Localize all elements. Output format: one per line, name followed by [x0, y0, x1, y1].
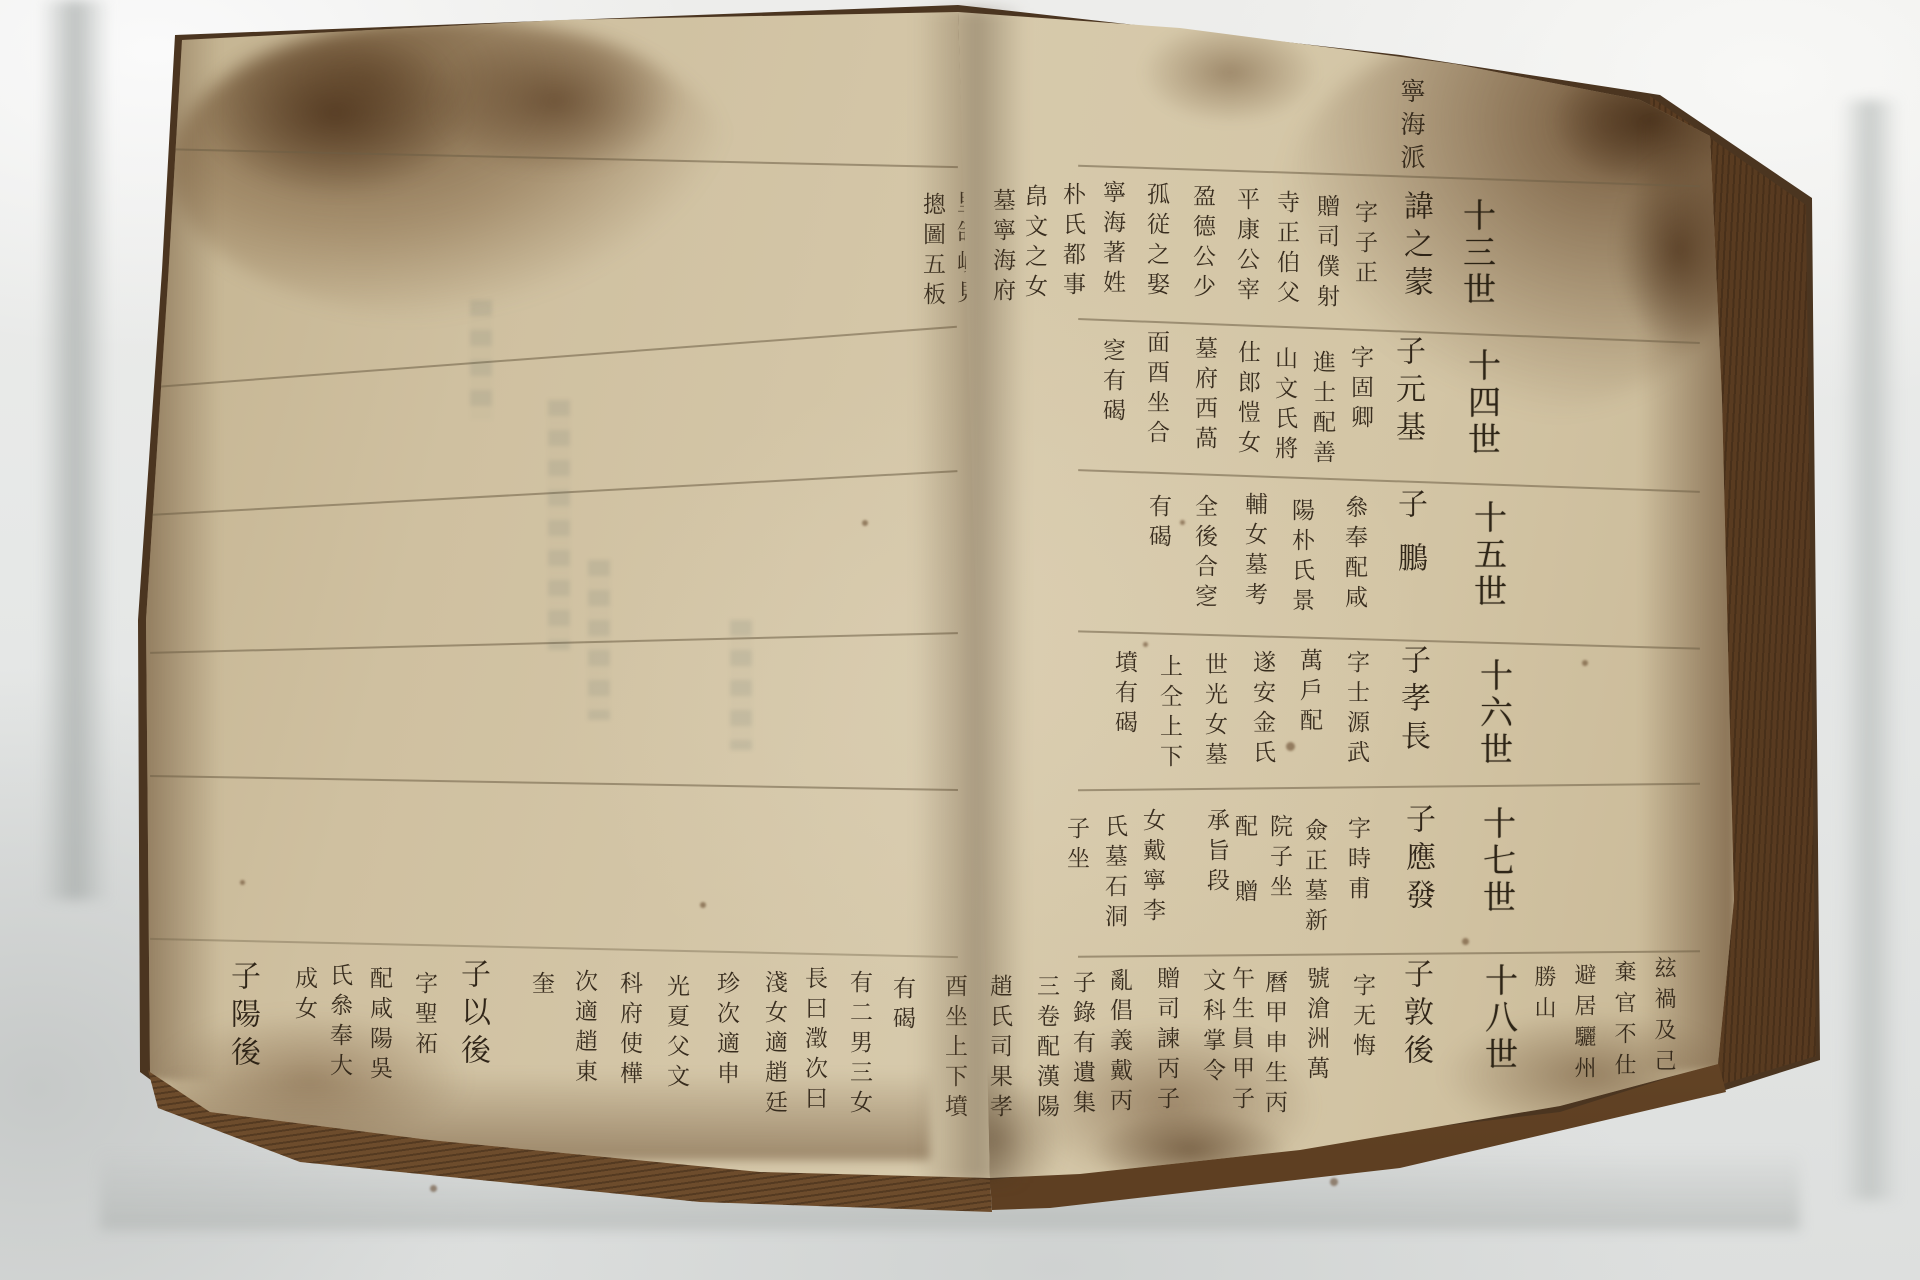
text-column: 女戴寧李	[1136, 808, 1169, 928]
text-column: 字子正	[1348, 200, 1381, 290]
speck	[1143, 642, 1148, 647]
text-column: 平康公宰	[1230, 187, 1263, 307]
entry-name-column: 子敦後	[1393, 958, 1437, 1072]
stain	[430, 26, 680, 176]
entry-name-column: 子孝長	[1390, 644, 1434, 758]
text-column: 贈司僕射	[1310, 194, 1343, 314]
text-column: 墓府西萵	[1188, 336, 1221, 456]
text-column: 文科掌令	[1196, 968, 1229, 1088]
text-column: 院子坐	[1263, 814, 1296, 904]
ink-bleedthrough	[730, 620, 752, 750]
text-column: 子坐	[1060, 816, 1093, 876]
speck	[862, 520, 868, 526]
side-note-column: 避居驪州	[1568, 963, 1599, 1087]
text-column: 面酉坐合	[1140, 330, 1173, 450]
text-column: 曆甲申生丙	[1258, 970, 1291, 1120]
entry-name-column: 子以後	[450, 958, 494, 1072]
text-column: 盈德公少	[1186, 184, 1219, 304]
text-column: 仕郎愷女	[1231, 340, 1264, 460]
photo-of-genealogy-book: 里鴿峴見 摠圖五板 酉坐上下墳 有碣 有二男三女 長曰澂次曰 淺女適趙廷 珍次適…	[0, 0, 1920, 1280]
speck	[1180, 520, 1185, 525]
ink-bleedthrough	[588, 560, 610, 720]
text-column: 孤従之娶	[1140, 182, 1173, 302]
generation-label: 十四世	[1459, 348, 1506, 459]
ink-bleedthrough	[548, 400, 570, 650]
text-column: 叅奉配咸	[1338, 495, 1371, 615]
text-column: 次適趙東	[568, 969, 601, 1089]
rule-line	[1078, 950, 1700, 957]
text-column: 科府使樺	[613, 971, 646, 1091]
text-column: 萬戶配	[1293, 648, 1326, 738]
entry-name-column: 子元基	[1385, 335, 1429, 449]
speck	[700, 902, 706, 908]
text-column: 號滄洲萬	[1300, 966, 1333, 1086]
rule-line	[1078, 783, 1700, 792]
entry-name-column: 子陽後	[220, 960, 264, 1074]
side-note-column: 棄官不仕	[1608, 960, 1639, 1084]
text-column: 寧海著姓	[1096, 180, 1129, 300]
side-note-column: 勝山	[1528, 965, 1559, 1027]
stain	[170, 18, 730, 318]
stain	[1140, 20, 1320, 125]
speck	[1462, 938, 1469, 945]
text-column: 字士源武	[1340, 650, 1373, 770]
speck	[1330, 1178, 1338, 1186]
entry-name-column: 諱之蒙	[1393, 190, 1437, 304]
text-column: 成女	[288, 966, 321, 1026]
text-column: 淺女適趙廷	[758, 970, 791, 1120]
stain	[200, 28, 470, 198]
text-column: 山文氏將	[1268, 346, 1301, 466]
speck	[1582, 660, 1588, 666]
text-column: 僉正墓新	[1298, 818, 1331, 938]
branch-label: 寧海派	[1393, 78, 1429, 177]
text-column: 進士配善	[1306, 350, 1339, 470]
cloth-fold	[1840, 100, 1900, 1200]
text-column: 配咸陽吳	[363, 966, 396, 1086]
text-column: 陽朴氏景	[1285, 498, 1318, 618]
generation-label: 十八世	[1476, 963, 1523, 1074]
text-column: 奎	[525, 971, 558, 1001]
rule-line	[150, 938, 958, 958]
side-note-column: 玆禍及己	[1648, 956, 1679, 1080]
ink-bleedthrough	[470, 300, 492, 420]
text-column: 朴氏都事	[1056, 182, 1089, 302]
text-column: 亂倡義戴丙	[1103, 968, 1136, 1118]
text-column: 字无悔	[1346, 973, 1379, 1063]
rule-line	[150, 775, 958, 791]
rule-line	[151, 326, 957, 389]
generation-label: 十七世	[1474, 806, 1521, 917]
text-column: 氏墓石洞	[1098, 814, 1131, 934]
text-column: 字聖祏	[408, 971, 441, 1061]
text-column: 世光女墓	[1198, 652, 1231, 772]
text-column: 窆有碣	[1096, 338, 1129, 428]
rule-line	[150, 148, 958, 168]
text-column: 承旨段	[1200, 808, 1233, 898]
text-column: 上仝上下	[1153, 654, 1186, 774]
text-column: 遂安金氏	[1246, 650, 1279, 770]
speck	[430, 1185, 437, 1192]
text-column: 墳有碣	[1108, 650, 1141, 740]
stain	[140, 30, 220, 1080]
entry-name-column: 子應發	[1395, 803, 1439, 917]
text-column: 午生員甲子	[1225, 966, 1258, 1116]
cloth-fold	[40, 0, 110, 900]
speck	[240, 880, 245, 885]
entry-name-column: 子鵬	[1387, 488, 1431, 596]
text-column: 全後合窆	[1188, 494, 1221, 614]
generation-label: 十五世	[1465, 500, 1512, 611]
text-column: 輔女墓考	[1238, 492, 1271, 612]
text-column: 子錄有遺集	[1066, 970, 1099, 1120]
text-column: 珍次適申	[710, 971, 743, 1091]
gutter-shadow	[915, 8, 1025, 1183]
text-column: 有二男三女	[843, 970, 876, 1120]
text-column: 三卷配漢陽	[1030, 974, 1063, 1124]
text-column: 字時甫	[1341, 816, 1374, 906]
text-column: 長曰澂次曰	[798, 966, 831, 1116]
generation-label: 十六世	[1471, 658, 1518, 769]
text-column: 氏叅奉大	[323, 963, 356, 1083]
rule-line	[1078, 630, 1700, 649]
speck	[1286, 742, 1295, 751]
text-column: 字固卿	[1344, 345, 1377, 435]
text-column: 光夏父文	[660, 974, 693, 1094]
text-column: 贈司諫丙子	[1150, 966, 1183, 1116]
generation-label: 十三世	[1454, 198, 1501, 309]
text-column: 有碣	[1142, 494, 1175, 554]
text-column: 寺正伯父	[1270, 190, 1303, 310]
